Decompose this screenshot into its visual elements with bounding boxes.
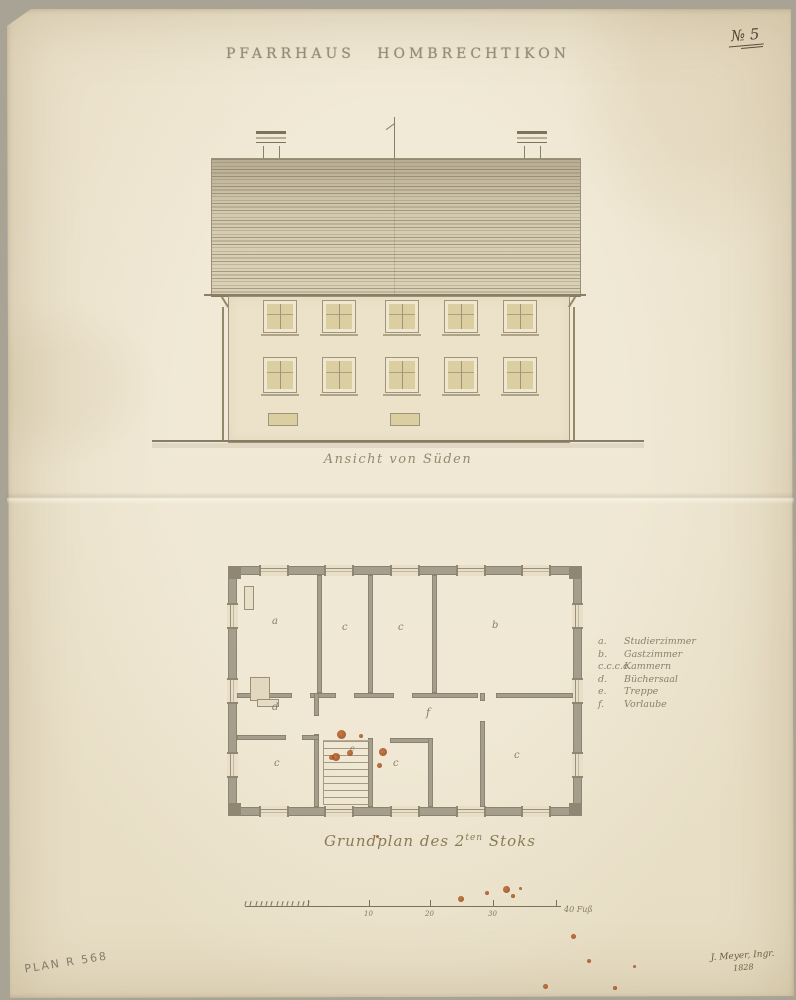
room-label-b: b: [492, 620, 498, 631]
room-label-a: a: [272, 616, 278, 627]
legend-text: Vorlaube: [624, 699, 667, 710]
plan-window-west: [227, 678, 238, 704]
scale-label: 30: [488, 910, 497, 918]
roof-center-line: [394, 159, 395, 294]
plan-wall-interior: [237, 735, 286, 740]
drawing-title: PFARRHAUS HOMBRECHTIKON: [0, 46, 796, 62]
staircase: [323, 740, 369, 805]
plan-wall-interior: [314, 693, 319, 716]
cellar-window: [268, 413, 298, 426]
plan-caption-text: Grundplan des 2: [324, 832, 465, 850]
legend-key: c.c.c.c.: [598, 661, 624, 674]
room-label-d: d: [272, 702, 278, 713]
plan-wall-interior: [390, 738, 433, 743]
ground-line: [152, 440, 644, 442]
facade-window: [322, 357, 356, 393]
scale-label: 20: [425, 910, 434, 918]
scale-major-tick: [308, 900, 309, 907]
rust-spot: [571, 934, 576, 939]
plan-window-south: [456, 806, 486, 817]
plan-window-east: [572, 603, 583, 629]
plan-wall-interior: [314, 734, 319, 807]
window-sill: [383, 334, 421, 336]
rust-spot: [347, 750, 353, 756]
rust-spot: [337, 730, 346, 739]
plan-window-south: [521, 806, 551, 817]
plan-wall-corridor: [412, 693, 478, 698]
plan-wall-interior: [302, 735, 319, 740]
plan-window-north: [259, 565, 289, 576]
legend-item: d.Büchersaal: [598, 674, 748, 687]
facade-window: [263, 357, 297, 393]
scale-major-tick: [493, 900, 494, 907]
plan-window-south: [324, 806, 354, 817]
room-label-c: c: [514, 750, 520, 761]
chimney-cap: [517, 131, 547, 146]
window-sill: [320, 334, 358, 336]
rust-spot: [519, 887, 522, 890]
room-label-c: c: [398, 622, 404, 633]
facade-window: [385, 357, 419, 393]
plan-caption-text: Stoks: [483, 832, 536, 850]
window-sill: [442, 334, 480, 336]
rust-spot: [379, 748, 387, 756]
legend-item: c.c.c.c.Kammern: [598, 661, 748, 674]
plan-wall-interior: [480, 721, 485, 807]
window-glass: [389, 304, 415, 329]
window-sill: [320, 394, 358, 396]
plan-corner: [569, 803, 582, 816]
plan-wall-corridor: [496, 693, 573, 698]
chimney-cap: [256, 131, 286, 146]
plan-corner: [228, 566, 241, 579]
legend-key: f.: [598, 699, 624, 712]
window-sill: [501, 334, 539, 336]
window-sill: [442, 394, 480, 396]
window-glass: [267, 304, 293, 329]
plan-window-east: [572, 752, 583, 778]
window-glass: [448, 304, 474, 329]
plan-window-north: [521, 565, 551, 576]
room-label-c: c: [393, 758, 399, 769]
scale-major-tick: [430, 900, 431, 907]
plan-wall-interior: [432, 575, 437, 693]
facade-window: [503, 357, 537, 393]
room-label-c: c: [342, 622, 348, 633]
window-sill: [501, 394, 539, 396]
plan-window-north: [324, 565, 354, 576]
legend-item: b.Gastzimmer: [598, 649, 748, 662]
plan-corner: [569, 566, 582, 579]
rust-spot: [359, 734, 363, 738]
floor-plan-drawing: a c c b d f c e c c: [228, 566, 582, 816]
scale-major-tick: [556, 900, 557, 907]
legend-key: a.: [598, 636, 624, 649]
scale-line: [245, 906, 561, 907]
legend-text: Treppe: [624, 686, 658, 697]
legend-text: Gastzimmer: [624, 649, 682, 660]
plan-caption-superscript: ten: [465, 833, 483, 843]
rust-spot: [329, 755, 334, 760]
plan-corner: [228, 803, 241, 816]
stove: [250, 677, 270, 701]
legend-text: Büchersaal: [624, 674, 678, 685]
facade-window: [503, 300, 537, 333]
window-glass: [326, 304, 352, 329]
plan-window-north: [456, 565, 486, 576]
legend-item: a.Studierzimmer: [598, 636, 748, 649]
plan-window-south: [259, 806, 289, 817]
facade-window: [322, 300, 356, 333]
room-label-c: c: [274, 758, 280, 769]
cellar-window: [390, 413, 420, 426]
plan-window-west: [227, 752, 238, 778]
facade-window: [263, 300, 297, 333]
plan-window-west: [227, 603, 238, 629]
plan-window-east: [572, 678, 583, 704]
window-glass: [507, 361, 533, 389]
window-glass: [507, 304, 533, 329]
rust-spot: [511, 894, 515, 898]
room-legend: a.Studierzimmerb.Gastzimmerc.c.c.c.Kamme…: [598, 636, 748, 711]
scale-major-tick: [369, 900, 370, 907]
window-glass: [326, 361, 352, 389]
legend-item: f.Vorlaube: [598, 699, 748, 712]
rust-spot: [377, 763, 382, 768]
scale-unit-label: 40 Fuß: [564, 905, 593, 914]
plan-wall-interior: [368, 575, 373, 693]
rust-spot: [633, 965, 636, 968]
ground-shadow: [152, 443, 644, 448]
window-sill: [383, 394, 421, 396]
window-sill: [261, 334, 299, 336]
rust-spot: [503, 886, 510, 893]
wall-niche: [244, 586, 254, 610]
elevation-caption: Ansicht von Süden: [283, 452, 513, 467]
rust-spot: [543, 984, 548, 989]
legend-text: Kammern: [624, 661, 671, 672]
legend-key: d.: [598, 674, 624, 687]
plan-wall-interior: [428, 738, 433, 807]
window-glass: [389, 361, 415, 389]
window-sill: [261, 394, 299, 396]
legend-key: e.: [598, 686, 624, 699]
roof: [211, 158, 581, 297]
rust-spot: [613, 986, 617, 990]
window-glass: [267, 361, 293, 389]
facade-window: [385, 300, 419, 333]
facade-window: [444, 357, 478, 393]
plan-wall-corridor: [354, 693, 394, 698]
scale-label: 10: [364, 910, 373, 918]
plan-wall-interior: [317, 575, 322, 693]
downpipe-right: [563, 296, 575, 440]
plan-window-south: [390, 806, 420, 817]
plan-window-north: [390, 565, 420, 576]
fold-crease: [7, 492, 794, 504]
plan-wall-interior: [480, 693, 485, 701]
window-glass: [448, 361, 474, 389]
legend-item: e.Treppe: [598, 686, 748, 699]
legend-key: b.: [598, 649, 624, 662]
downpipe-left: [222, 296, 234, 440]
room-label-f: f: [426, 706, 430, 719]
plan-caption: Grundplan des 2ten Stoks: [290, 832, 570, 850]
legend-text: Studierzimmer: [624, 636, 696, 647]
rust-spot: [458, 896, 464, 902]
facade-window: [444, 300, 478, 333]
rust-spot: [376, 835, 379, 838]
plan-number-label: № 5: [727, 25, 763, 48]
